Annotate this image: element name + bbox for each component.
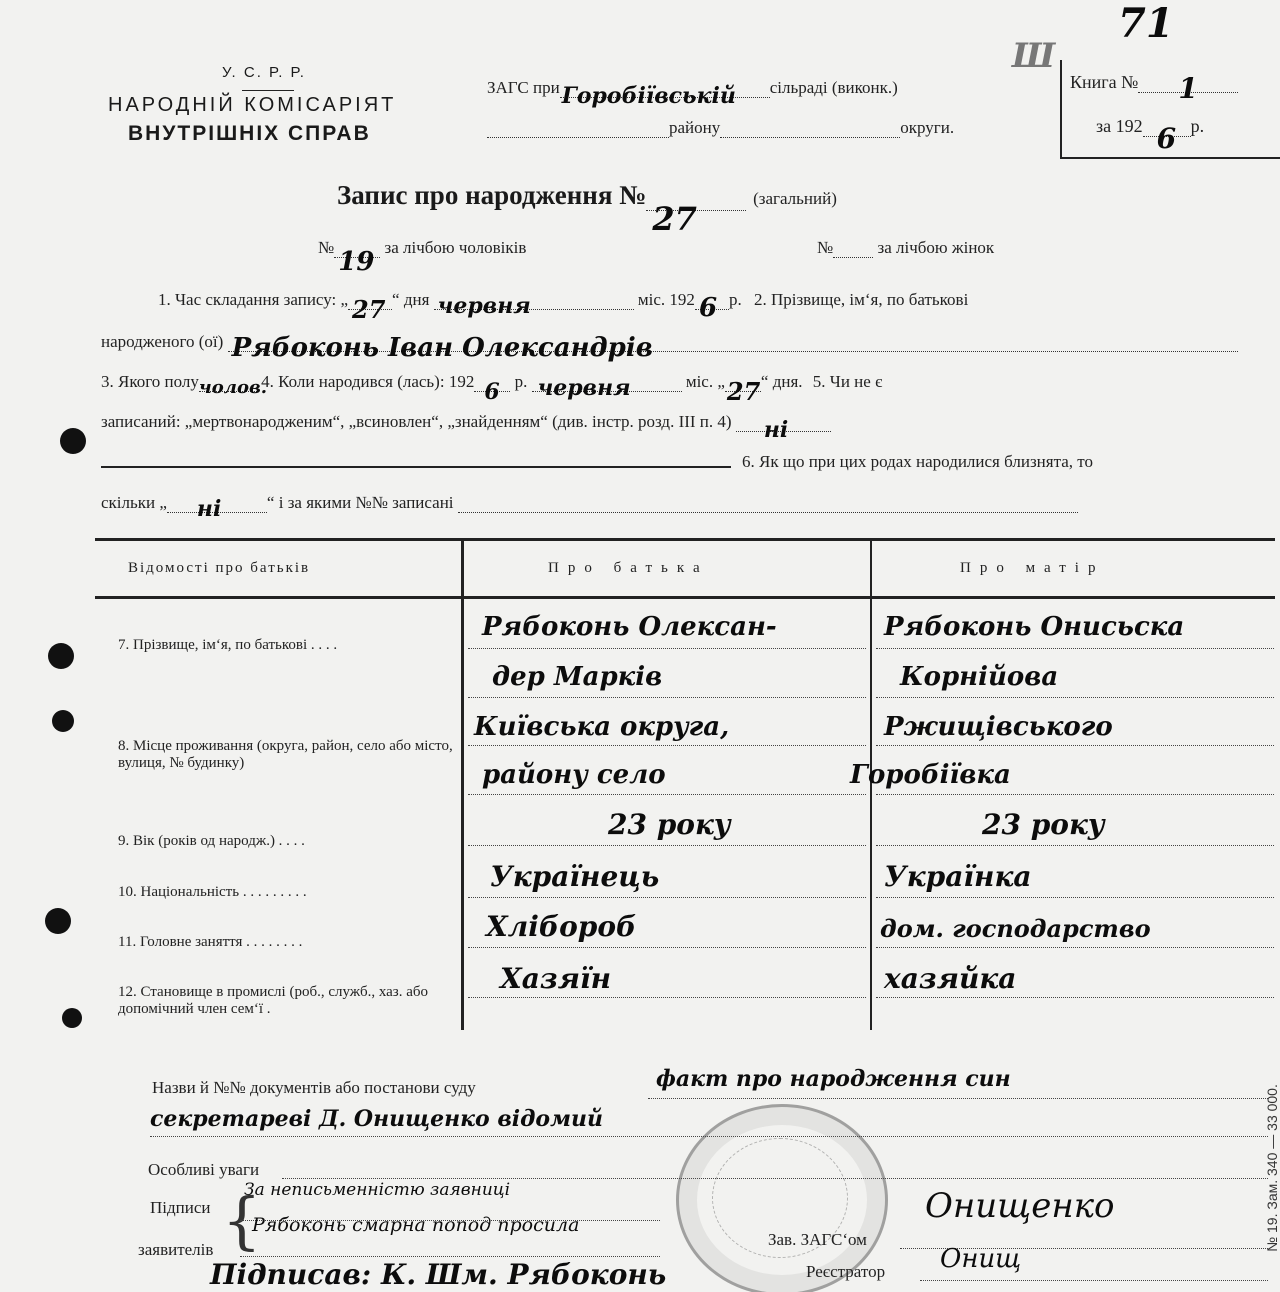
guide-line <box>876 997 1274 998</box>
punch-hole <box>62 1008 82 1028</box>
row-label-nationality: 10. Національність . . . . . . . . . <box>118 884 307 901</box>
f3-value: чолов. <box>199 377 267 398</box>
guide-line <box>468 697 866 698</box>
row-label-occupation: 11. Головне заняття . . . . . . . . <box>118 934 302 951</box>
mother-residence-line2: Горобіївка <box>850 760 1011 790</box>
guide-line <box>876 897 1274 898</box>
row-label-residence: 8. Місце проживання (округа, район, село… <box>118 738 458 772</box>
guide-line <box>876 794 1274 795</box>
male-count-prefix: № <box>318 238 334 257</box>
male-count: 19 <box>338 247 374 277</box>
book-label: Книга № <box>1070 72 1138 92</box>
f5-text: записаний: „мертвонародженим“, „всиновле… <box>101 412 732 431</box>
f4-year: 6 <box>484 379 499 405</box>
corner-mark: Ш <box>1012 36 1055 76</box>
page-number-handwritten: 71 <box>1118 0 1174 47</box>
book-year-line: за 1926р. <box>1096 116 1204 137</box>
f2-value: Рябоконь Іван Олександрів <box>232 333 653 363</box>
guide-line <box>468 947 866 948</box>
commissariat-line1: НАРОДНІЙ КОМІСАРІЯТ <box>108 94 396 117</box>
mother-name-line2: Корнійова <box>900 662 1058 692</box>
book-number-line: Книга №1 <box>1070 72 1238 93</box>
father-name-line2: дер Марків <box>492 662 662 692</box>
remarks-label: Особливі уваги <box>148 1160 259 1180</box>
head-signature: Онищенко <box>925 1186 1115 1226</box>
guide-line <box>876 697 1274 698</box>
f1-year: 6 <box>699 293 717 323</box>
guide-line <box>876 845 1274 846</box>
field-6-line: скільки „ні“ і за якими №№ записані <box>101 493 1078 513</box>
registrar-signature: Онищ <box>940 1244 1021 1274</box>
f4-label: 4. Коли народився (лась): 192 <box>261 372 474 391</box>
punch-hole <box>45 908 71 934</box>
guide-line <box>468 794 866 795</box>
field-2-line: народженого (ої) Рябоконь Іван Олександр… <box>101 332 1238 352</box>
general-label: (загальний) <box>753 189 837 208</box>
table-header-father: Про батька <box>548 560 709 577</box>
row-label-status: 12. Становище в промислі (роб., служб., … <box>118 984 458 1018</box>
f4-month: червня <box>538 375 631 401</box>
father-residence-line1: Київська округа, <box>474 712 729 742</box>
rayon-label: району <box>669 118 720 137</box>
f5-value: ні <box>764 417 788 443</box>
head-label: Зав. ЗАГС‘ом <box>768 1230 867 1250</box>
field-1-line: 1. Час складання запису: „27“ дня червня… <box>158 290 968 310</box>
guide-line <box>468 745 866 746</box>
signature-line <box>240 1256 660 1257</box>
okruha-label: округи. <box>900 118 954 137</box>
guide-line <box>468 897 866 898</box>
zags-suffix: сільраді (виконк.) <box>770 78 898 97</box>
row-label-age: 9. Вік (років од народж.) . . . . <box>118 833 305 850</box>
documents-line <box>648 1098 1268 1099</box>
guide-line <box>876 745 1274 746</box>
form-code: № 19. Зам. 340 — 33 000. <box>1264 1048 1280 1288</box>
zags-line: ЗАГС приГоробіївськійсільраді (виконк.) <box>487 78 898 98</box>
f6-count-prefix: скільки „ <box>101 493 167 512</box>
father-age: 23 року <box>608 808 731 841</box>
documents-label: Назви й №№ документів або постанови суду <box>152 1078 476 1098</box>
punch-hole <box>48 643 74 669</box>
female-count-prefix: № <box>817 238 833 257</box>
title-text: Запис про народження № <box>337 180 646 210</box>
signature-note-line2: Рябоконь смарна попод просила <box>252 1214 579 1236</box>
zags-handwritten: Горобіївській <box>562 83 736 109</box>
registrar-label: Реєстратор <box>806 1262 885 1282</box>
male-count-label: за лічбою чоловіків <box>384 238 526 257</box>
f2-label: 2. Прізвище, ім‘я, по батькові <box>754 290 968 309</box>
mother-age: 23 року <box>982 808 1105 841</box>
mother-residence-line1: Ржищівського <box>884 712 1113 742</box>
f1-year-prefix: міс. 192 <box>638 290 695 309</box>
f4-day-prefix: міс. „ <box>686 372 725 391</box>
female-count-line: № за лічбою жінок <box>817 238 994 258</box>
father-name-line1: Рябоконь Олексан- <box>482 612 777 642</box>
table-header-info: Відомості про батьків <box>128 560 310 577</box>
f1-day-label: “ дня <box>392 290 429 309</box>
rayon-line: районуокруги. <box>487 118 954 138</box>
guide-line <box>468 648 866 649</box>
father-status: Хазяїн <box>500 962 611 995</box>
guide-line <box>468 845 866 846</box>
table-column-divider <box>461 540 464 1030</box>
zags-prefix: ЗАГС при <box>487 78 560 97</box>
book-year-prefix: за 192 <box>1096 116 1143 136</box>
documents-value-line2: секретареві Д. Онищенко відомий <box>150 1106 603 1132</box>
father-occupation: Хлібороб <box>486 910 636 943</box>
f4-day: 27 <box>727 377 760 406</box>
f1-month: червня <box>438 293 531 319</box>
guide-line <box>468 997 866 998</box>
divider <box>242 90 294 91</box>
mother-status: хазяйка <box>884 962 1016 995</box>
registrar-signature-line <box>920 1280 1268 1281</box>
signatures-label-line1: Підписи <box>150 1198 211 1218</box>
field-3-line: 3. Якого получолов. 4. Коли народився (л… <box>101 372 882 392</box>
field-5-line: записаний: „мертвонародженим“, „всиновле… <box>101 412 831 432</box>
republic-label: У. С. Р. Р. <box>222 64 306 81</box>
father-residence-line2: району село <box>482 760 666 790</box>
book-box-border <box>1060 60 1062 158</box>
guide-line <box>876 947 1274 948</box>
f1-year-suffix: р. <box>729 290 742 309</box>
book-box-border <box>1060 157 1280 159</box>
table-header-mother: Про матір <box>960 560 1104 577</box>
book-number: 1 <box>1178 72 1197 105</box>
f2-sublabel: народженого (ої) <box>101 332 223 351</box>
f1-day: 27 <box>352 295 385 324</box>
commissariat-line2: ВНУТРІШНІХ СПРАВ <box>128 122 371 146</box>
f6-count-suffix: “ і за якими №№ записані <box>267 493 454 512</box>
f6-label: 6. Як що при цих родах народилися близня… <box>742 452 1093 472</box>
punch-hole <box>52 710 74 732</box>
blank-line <box>101 466 731 468</box>
male-count-line: №19 за лічбою чоловіків <box>318 238 526 258</box>
female-count-label: за лічбою жінок <box>877 238 994 257</box>
documents-value-line1: факт про народження син <box>656 1066 1011 1092</box>
f3-label: 3. Якого полу <box>101 372 199 391</box>
f6-count: ні <box>197 496 221 522</box>
record-title: Запис про народження №27 (загальний) <box>337 180 837 211</box>
guide-line <box>876 648 1274 649</box>
f4-year-suffix: р. <box>515 372 528 391</box>
f1-label: 1. Час складання запису: „ <box>158 290 348 309</box>
witness-line: Підписав: К. Шм. Рябоконь <box>210 1258 666 1291</box>
mother-occupation: дом. господарство <box>880 914 1151 943</box>
record-number: 27 <box>652 200 697 238</box>
table-top-border <box>95 538 1275 541</box>
punch-hole <box>60 428 86 454</box>
mother-name-line1: Рябоконь Онисьска <box>884 612 1184 642</box>
row-label-name: 7. Прізвище, ім‘я, по батькові . . . . <box>118 637 337 654</box>
mother-nationality: Українка <box>884 860 1032 893</box>
f5-label: 5. Чи не є <box>813 372 883 391</box>
signature-note-line1: За неписьменністю заявниці <box>244 1180 510 1200</box>
f4-day-suffix: “ дня. <box>761 372 803 391</box>
father-nationality: Українець <box>490 860 659 893</box>
book-year-digit: 6 <box>1157 122 1176 155</box>
book-year-suffix: р. <box>1191 116 1205 136</box>
table-header-border <box>95 596 1275 599</box>
signatures-label-line2: заявителів <box>138 1240 213 1260</box>
